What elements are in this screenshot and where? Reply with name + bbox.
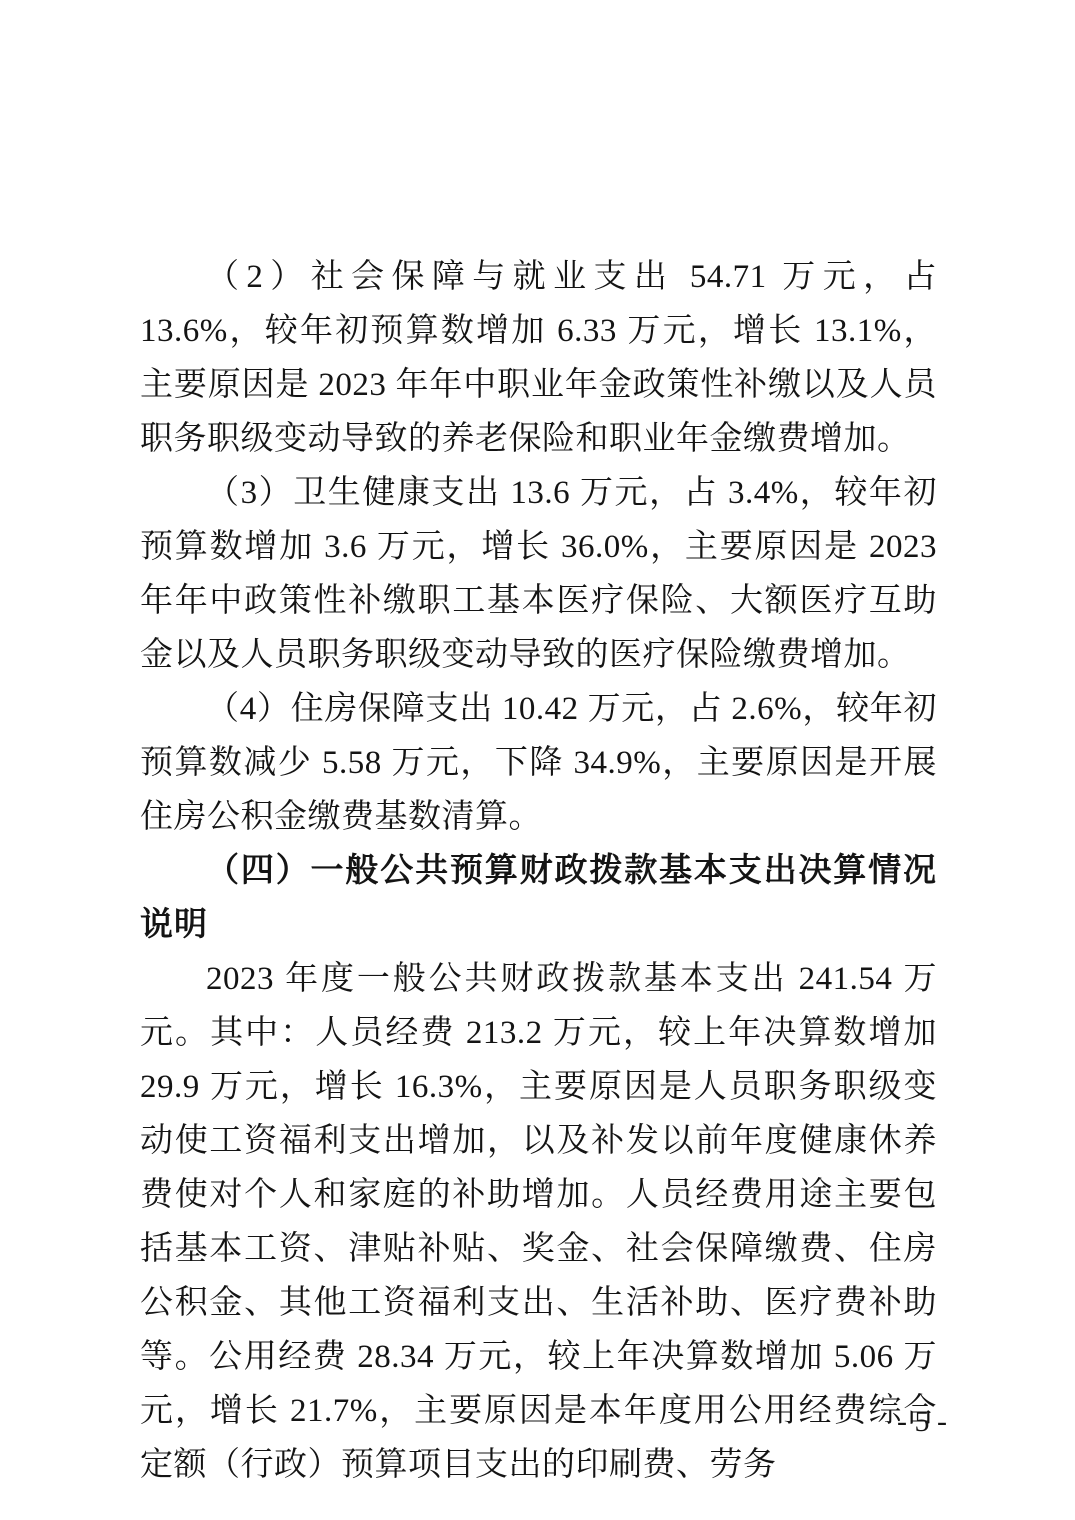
paragraph-social-security-expenditure: （2）社会保障与就业支出 54.71 万元，占 13.6%，较年初预算数增加 6… <box>140 250 937 466</box>
paragraph-basic-expenditure-detail: 2023 年度一般公共财政拨款基本支出 241.54 万元。其中：人员经费 21… <box>140 952 937 1492</box>
paragraph-health-expenditure: （3）卫生健康支出 13.6 万元，占 3.4%，较年初预算数增加 3.6 万元… <box>140 466 937 682</box>
paragraph-housing-expenditure: （4）住房保障支出 10.42 万元，占 2.6%，较年初预算数减少 5.58 … <box>140 682 937 844</box>
document-page: （2）社会保障与就业支出 54.71 万元，占 13.6%，较年初预算数增加 6… <box>0 0 1075 1520</box>
document-content: （2）社会保障与就业支出 54.71 万元，占 13.6%，较年初预算数增加 6… <box>140 250 937 1492</box>
section-heading-basic-expenditure: （四）一般公共预算财政拨款基本支出决算情况说明 <box>140 844 937 952</box>
page-number: - 5 - <box>897 1404 947 1440</box>
